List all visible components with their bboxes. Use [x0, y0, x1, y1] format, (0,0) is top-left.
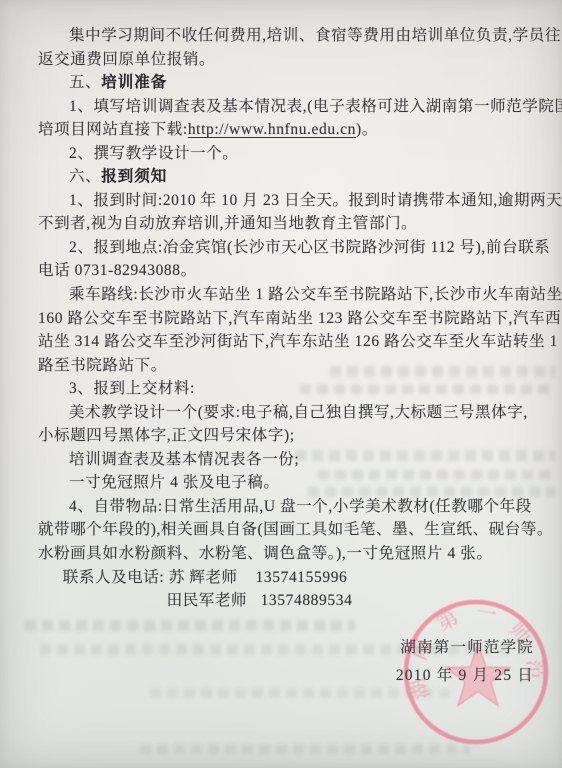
- text-line: 4、自带物品:日常生活用品,U 盘一个,小学美术教材(任教哪个年段: [38, 495, 536, 519]
- body-text: 就带哪个年段的),相关画具自备(国画工具如毛笔、墨、生宣纸、砚台等。: [38, 521, 553, 538]
- text-line: 培训调查表及基本情况表各一份;: [38, 448, 536, 472]
- text-line: 站坐 314 路公交车至沙河街站下,汽车东站坐 126 路公交车至火车站转坐 1: [38, 330, 536, 354]
- body-text: 4、自带物品:日常生活用品,U 盘一个,小学美术教材(任教哪个年段: [69, 498, 532, 515]
- text-line: 培项目网站直接下载:http://www.hnfnu.edu.cn)。: [38, 118, 536, 142]
- text-line: 电话 0731-82943088。: [38, 259, 536, 283]
- body-text: 五、: [69, 74, 101, 91]
- body-text: 集中学习期间不收任何费用,培训、食宿等费用由培训单位负责,学员往: [69, 27, 561, 44]
- section-heading-text: 报到须知: [101, 168, 167, 185]
- text-line: 六、报到须知: [38, 165, 536, 189]
- text-line: 返交通费回原单位报销。: [38, 48, 536, 72]
- body-text: 联系人及电话: 苏 辉老师 13574155996: [63, 569, 348, 586]
- body-text: 乘车路线:长沙市火车站坐 1 路公交车至书院路站下,长沙市火车南站坐: [69, 286, 562, 303]
- text-line: 水粉画具如水粉颜料、水粉笔、调色盒等。),一寸免冠照片 4 张。: [38, 542, 536, 566]
- text-line: 1、填写培训调查表及基本情况表,(电子表格可进入湖南第一师范学院国: [38, 95, 536, 119]
- bleed-through-artifact: [25, 620, 355, 631]
- text-line: 联系人及电话: 苏 辉老师 13574155996: [38, 566, 536, 590]
- text-line: 就带哪个年段的),相关画具自备(国画工具如毛笔、墨、生宣纸、砚台等。: [38, 518, 536, 542]
- body-text: 培项目网站直接下载:: [38, 121, 188, 138]
- body-text: 1、填写培训调查表及基本情况表,(电子表格可进入湖南第一师范学院国: [69, 98, 562, 115]
- body-text: 站坐 314 路公交车至沙河街站下,汽车东站坐 126 路公交车至火车站转坐 1: [38, 333, 558, 350]
- text-line: 五、培训准备: [38, 71, 536, 95]
- body-text: 2、撰写教学设计一个。: [69, 145, 238, 162]
- text-line: 美术教学设计一个(要求:电子稿,自己独自撰写,大标题三号黑体字,: [38, 401, 536, 425]
- text-line: 路至书院路站下。: [38, 354, 536, 378]
- signature-date: 2010 年 9 月 25 日: [396, 662, 534, 690]
- body-text: 160 路公交车至书院路站下,汽车南站坐 123 路公交车至书院路站下,汽车西: [38, 310, 561, 327]
- body-text: 六、: [69, 168, 101, 185]
- url-text: http://www.hnfnu.edu.cn: [188, 121, 356, 138]
- text-line: 集中学习期间不收任何费用,培训、食宿等费用由培训单位负责,学员往: [38, 24, 536, 48]
- document-lines: 集中学习期间不收任何费用,培训、食宿等费用由培训单位负责,学员往返交通费回原单位…: [38, 0, 536, 613]
- text-line: 2、撰写教学设计一个。: [38, 142, 536, 166]
- body-text: )。: [356, 121, 378, 138]
- body-text: 小标题四号黑体字,正文四号宋体字);: [38, 427, 295, 444]
- text-line: 乘车路线:长沙市火车站坐 1 路公交车至书院路站下,长沙市火车南站坐: [38, 283, 536, 307]
- text-line: 2、报到地点:冶金宾馆(长沙市天心区书院路沙河街 112 号),前台联系: [38, 236, 536, 260]
- text-line: 160 路公交车至书院路站下,汽车南站坐 123 路公交车至书院路站下,汽车西: [38, 307, 536, 331]
- body-text: 培训调查表及基本情况表各一份;: [69, 451, 299, 468]
- body-text: 不到者,视为自动放弃培训,并通知当地教育主管部门。: [38, 215, 417, 232]
- body-text: 美术教学设计一个(要求:电子稿,自己独自撰写,大标题三号黑体字,: [69, 404, 528, 421]
- body-text: 一寸免冠照片 4 张及电子稿。: [69, 474, 280, 491]
- body-text: 路至书院路站下。: [38, 357, 167, 374]
- body-text: 1、报到时间:2010 年 10 月 23 日全天。报到时请携带本通知,逾期两天: [69, 192, 562, 209]
- text-line: 小标题四号黑体字,正文四号宋体字);: [38, 424, 536, 448]
- text-line: 不到者,视为自动放弃培训,并通知当地教育主管部门。: [38, 212, 536, 236]
- section-heading-text: 培训准备: [101, 74, 167, 91]
- body-text: 2、报到地点:冶金宾馆(长沙市天心区书院路沙河街 112 号),前台联系: [69, 239, 550, 256]
- body-text: 3、报到上交材料:: [69, 380, 195, 397]
- signature-block: 湖南第一师范学院 2010 年 9 月 25 日: [396, 634, 534, 690]
- scanned-notice-page: 集中学习期间不收任何费用,培训、食宿等费用由培训单位负责,学员往返交通费回原单位…: [0, 0, 562, 768]
- body-text: 水粉画具如水粉颜料、水粉笔、调色盒等。),一寸免冠照片 4 张。: [38, 545, 493, 562]
- text-line: 一寸免冠照片 4 张及电子稿。: [38, 471, 536, 495]
- text-line: 3、报到上交材料:: [38, 377, 536, 401]
- body-text: 田民军老师 13574889534: [167, 592, 353, 609]
- signature-org: 湖南第一师范学院: [396, 634, 534, 662]
- text-line: 1、报到时间:2010 年 10 月 23 日全天。报到时请携带本通知,逾期两天: [38, 189, 536, 213]
- body-text: 返交通费回原单位报销。: [38, 51, 215, 68]
- body-text: 电话 0731-82943088。: [38, 262, 197, 279]
